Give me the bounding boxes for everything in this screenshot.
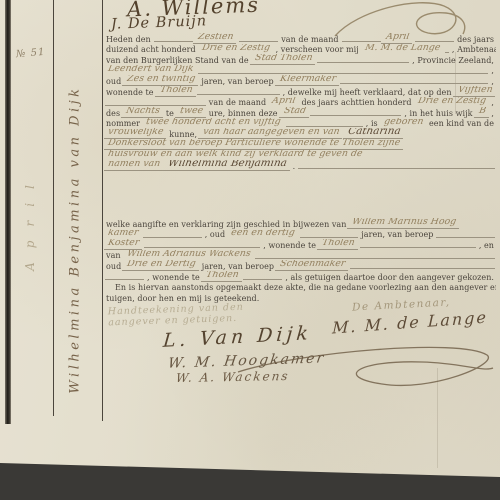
handwritten-entry-dark: Catharina	[343, 128, 405, 139]
signature-witness2: W. A. Wackens	[175, 369, 290, 385]
printed-text: Heden den	[104, 35, 153, 44]
act-number: № 51	[16, 47, 46, 61]
form-line: wonende teTholen, dewelke mij heeft verk…	[104, 86, 496, 97]
handwritten-entry: Tholen	[155, 86, 198, 97]
form-body-witnesses: welke aangifte en verklaring zijn geschi…	[104, 218, 496, 303]
printed-text: van	[104, 251, 123, 260]
printed-text: , als getuigen daartoe door den aangever…	[283, 273, 496, 282]
form-line: duizend acht honderdDrie en Zestig, vers…	[104, 44, 496, 55]
printed-text: oud	[104, 77, 123, 86]
printed-text: , dewelke mij heeft verklaard, dat op de…	[281, 88, 454, 97]
handwritten-entry: Zes en twintig	[122, 75, 200, 86]
printed-text: , Ambtenaar	[450, 45, 496, 54]
handwritten-entry: van haar aangegeven en van	[198, 128, 344, 139]
printed-text: , verscheen voor mij	[274, 45, 361, 54]
handwritten-entry: een en dertig	[226, 229, 300, 240]
printed-text: En is hiervan aanstonds opgemaakt deze a…	[113, 283, 496, 292]
printed-text: ,	[489, 66, 496, 75]
form-line: welke aangifte en verklaring zijn geschi…	[104, 218, 496, 229]
handwritten-entry: Stad	[279, 107, 311, 118]
printed-text: , wonende te	[261, 241, 318, 250]
fill-line	[317, 62, 409, 63]
margin-child-name-vertical: Wilhelmina Benjamina van Dijk	[68, 60, 83, 420]
document-paper: № 51 April Wilhelmina Benjamina van Dijk…	[0, 0, 500, 500]
printed-text: duizend acht honderd	[104, 45, 198, 54]
form-line: Heden denZestienvan de maandAprildes jaa…	[104, 33, 496, 44]
printed-text: jaren, van beroep	[199, 77, 275, 86]
fill-line	[445, 52, 449, 53]
handwritten-entry: Drie en Zestig	[197, 44, 275, 55]
fill-line	[197, 94, 279, 95]
handwritten-entry: twee honderd acht en vijftig	[141, 118, 286, 129]
signature-witness1: W. M. Hoogkamer	[167, 350, 326, 372]
handwritten-entry: twee	[175, 107, 208, 118]
handwritten-entry: Tholen	[317, 239, 360, 250]
scanned-document-page: { "colors": { "background": "#3a3936", "…	[0, 0, 500, 500]
form-line: nommertwee honderd acht en vijftig, isge…	[104, 118, 496, 129]
handwritten-entry: Donkersloot van beroep Particuliere wone…	[104, 139, 405, 150]
form-line: van de maandAprildes jaars achttien hond…	[104, 97, 496, 108]
margin-rule-line	[53, 0, 54, 416]
fill-line	[143, 237, 202, 238]
header-name-de-bruijn: J. De Bruijn	[111, 13, 208, 32]
handwritten-entry: namen van	[104, 160, 165, 171]
handwritten-entry: Koster	[104, 239, 144, 250]
fill-line	[300, 237, 359, 238]
printed-text: .	[291, 162, 298, 171]
fill-line	[360, 247, 476, 248]
form-line: namen vanWilhelmina Benjamina.	[104, 160, 496, 171]
margin-month-vertical: April	[23, 161, 37, 281]
handwritten-entry: Willem Marinus Hoog	[347, 218, 461, 229]
handwritten-entry: Vijftien	[453, 86, 496, 97]
handwritten-entry: B	[474, 107, 491, 118]
paper-crease	[437, 368, 438, 468]
fill-line	[436, 237, 495, 238]
printed-text: ,	[489, 77, 496, 86]
signature-declarant: L. Van Dijk	[162, 322, 313, 352]
form-line: Leendert van Dijk,	[104, 65, 496, 76]
printed-text: nommer	[104, 119, 142, 128]
form-line: vrouwelijkekunne,van haar aangegeven en …	[104, 128, 496, 139]
form-line: huisvrouw en aan welk kind zij verklaard…	[104, 150, 496, 161]
printed-text: wonende te	[104, 88, 156, 97]
fill-line	[350, 268, 495, 269]
form-line: oudZes en twintigjaren, van beroepKleerm…	[104, 75, 496, 86]
form-line: Donkersloot van beroep Particuliere wone…	[104, 139, 496, 150]
printed-text: jaren, van beroep	[200, 262, 276, 271]
handwritten-entry: Kleermaker	[275, 75, 341, 86]
printed-text: , oud	[203, 230, 227, 239]
form-body-upper: Heden denZestienvan de maandAprildes jaa…	[104, 33, 496, 171]
printed-text: van de maand	[207, 98, 268, 107]
fill-line	[105, 279, 144, 280]
handwritten-entry: kamer	[104, 229, 143, 240]
fill-line	[198, 73, 488, 74]
handwritten-entry: huisvrouw en aan welk kind zij verklaard…	[104, 150, 367, 161]
fill-line	[342, 41, 382, 42]
page-binding-edge	[5, 0, 11, 424]
printed-text: ure, binnen deze	[207, 109, 280, 118]
printed-text: , is	[364, 119, 380, 128]
printed-text: oud	[104, 262, 123, 271]
printed-text: welke aangifte en verklaring zijn geschi…	[104, 220, 348, 229]
fill-line	[105, 105, 206, 106]
fill-line	[144, 247, 260, 248]
fill-line	[239, 41, 279, 42]
form-line: Koster, wonende teTholen, en	[104, 239, 496, 250]
handwritten-entry: geboren	[379, 118, 428, 129]
printed-text: , Provincie Zeeland,	[410, 56, 496, 65]
printed-text: des jaars achttien honderd	[299, 98, 413, 107]
printed-text: , in het huis wijk	[402, 109, 474, 118]
handwritten-entry: Zestien	[193, 33, 238, 44]
fill-line	[286, 126, 363, 127]
handwritten-entry: Tholen	[201, 271, 244, 282]
printed-text: van den Burgerlijken Stand van de	[104, 56, 251, 65]
printed-text: een kind van de	[427, 119, 496, 128]
handwritten-entry: Nachts	[121, 107, 165, 118]
form-line: , wonende teTholen, als getuigen daartoe…	[104, 271, 496, 282]
printed-text: ,	[489, 109, 496, 118]
form-line: vanWillem Adrianus Wackens	[104, 250, 496, 261]
handwritten-entry: M. M. de Lange	[360, 44, 445, 55]
form-line: desNachtstetweeure, binnen dezeStad, in …	[104, 107, 496, 118]
fill-line	[243, 279, 282, 280]
fill-line	[154, 41, 194, 42]
handwritten-entry: April	[381, 33, 414, 44]
handwritten-entry: vrouwelijke	[104, 128, 168, 139]
fill-line	[310, 115, 401, 116]
form-line: oudDrie en Dertigjaren, van beroepSchoen…	[104, 260, 496, 271]
handwritten-entry: Willem Adrianus Wackens	[122, 250, 255, 261]
printed-text: kunne,	[167, 130, 199, 139]
printed-text: ,	[489, 98, 496, 107]
handwritten-entry: Drie en Zestig	[413, 97, 491, 108]
handwritten-entry: April	[267, 97, 300, 108]
form-line: kamer, oudeen en dertigjaren, van beroep	[104, 229, 496, 240]
form-line: En is hiervan aanstonds opgemaakt deze a…	[104, 282, 496, 293]
handwritten-entry: Drie en Dertig	[122, 260, 201, 271]
handwritten-entry-dark: Wilhelmina Benjamina	[163, 160, 292, 171]
handwritten-entry: Stad Tholen	[250, 54, 317, 65]
fill-line	[340, 83, 488, 84]
handwritten-entry: Leendert van Dijk	[104, 65, 198, 76]
signature-note: Handteekening van den aangever en getuig…	[108, 302, 245, 329]
handwritten-entry: Schoenmaker	[275, 260, 350, 271]
fill-line	[298, 168, 495, 169]
fill-line	[255, 258, 495, 259]
printed-text: des	[104, 109, 122, 118]
printed-text: des jaars	[455, 35, 496, 44]
printed-text: van de maand	[279, 35, 340, 44]
printed-text: , en	[477, 241, 496, 250]
printed-text: , wonende te	[145, 273, 202, 282]
printed-text: jaren, van beroep	[359, 230, 435, 239]
form-line: van den Burgerlijken Stand van deStad Th…	[104, 54, 496, 65]
fill-line	[415, 41, 455, 42]
